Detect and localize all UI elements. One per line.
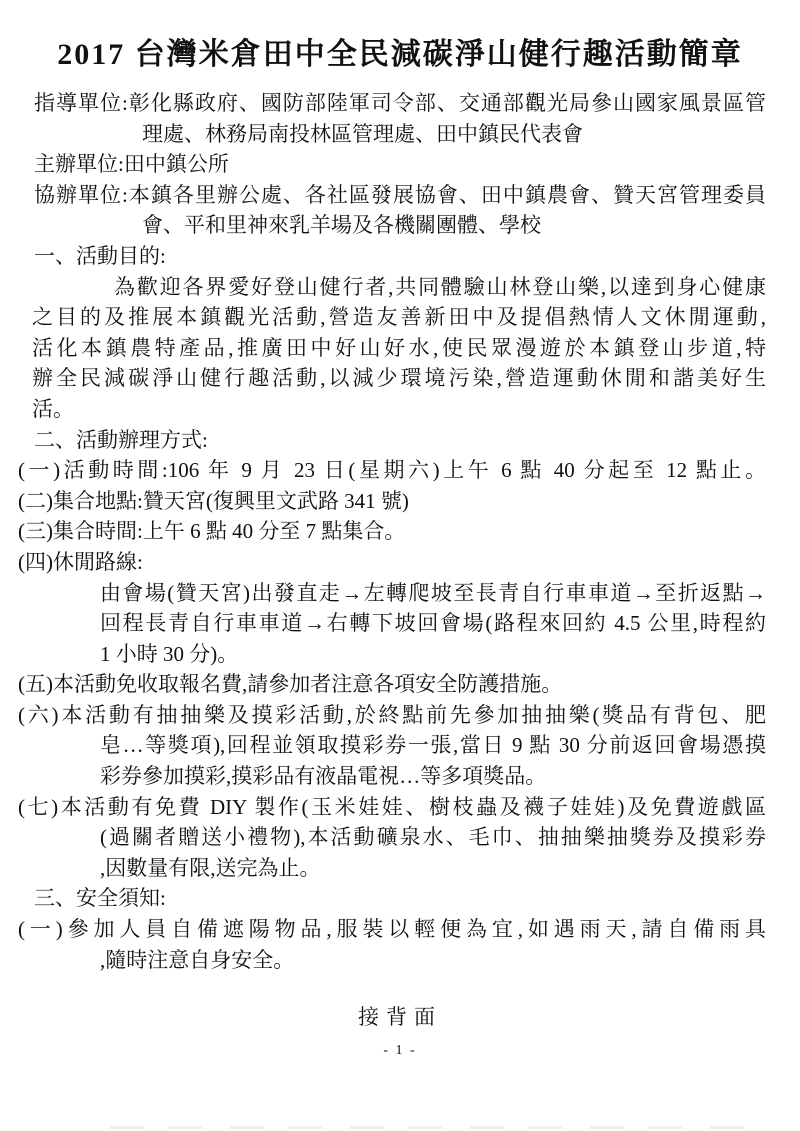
paragraph-line: 活化本鎮農特產品,推廣田中好山好水,使民眾漫遊於本鎮登山步道,特 — [32, 333, 766, 364]
unit-line-advisors: 指導單位:彰化縣政府、國防部陸軍司令部、交通部觀光局參山國家風景區管 — [34, 88, 766, 119]
section-heading-safety: 三、安全須知: — [34, 883, 766, 914]
page-title: 2017 台灣米倉田中全民減碳淨山健行趣活動簡章 — [0, 0, 800, 76]
list-item-place: (二)集合地點:贊天宮(復興里文武路 341 號) — [18, 486, 766, 517]
document-page: 2017 台灣米倉田中全民減碳淨山健行趣活動簡章 指導單位:彰化縣政府、國防部陸… — [0, 0, 800, 1131]
list-item-time: (一)活動時間:106 年 9 月 23 日(星期六)上午 6 點 40 分起至… — [18, 455, 766, 486]
continuation-line: ,因數量有限,送完為止。 — [100, 853, 766, 884]
unit-line-organizer: 主辦單位:田中鎮公所 — [34, 149, 766, 180]
route-line: 1 小時 30 分)。 — [100, 639, 766, 670]
footer-note: 接背面 — [0, 1001, 800, 1031]
continuation-line: (過關者贈送小禮物),本活動礦泉水、毛巾、抽抽樂抽獎券及摸彩券 — [100, 822, 766, 853]
paragraph-line: 之目的及推展本鎮觀光活動,營造友善新田中及提倡熱情人文休閒運動, — [32, 302, 766, 333]
list-item-safety: (一)參加人員自備遮陽物品,服裝以輕便為宜,如遇雨天,請自備雨具 — [18, 914, 766, 945]
unit-line-coorganizers-cont: 會、平和里神來乳羊場及各機關團體、學校 — [142, 210, 766, 241]
list-item-gather-time: (三)集合時間:上午 6 點 40 分至 7 點集合。 — [18, 516, 766, 547]
next-page-edge-artifact — [110, 1126, 755, 1129]
unit-line-coorganizers: 協辦單位:本鎮各里辦公處、各社區發展協會、田中鎮農會、贊天宮管理委員 — [34, 180, 766, 211]
continuation-line: ,隨時注意自身安全。 — [100, 945, 766, 976]
list-item-diy: (七)本活動有免費 DIY 製作(玉米娃娃、樹枝蟲及襪子娃娃)及免費遊戲區 — [18, 792, 766, 823]
list-item-route: (四)休閒路線: — [18, 547, 766, 578]
continuation-line: 彩券參加摸彩,摸彩品有液晶電視…等多項獎品。 — [100, 761, 766, 792]
route-line: 由會場(贊天宮)出發直走→左轉爬坡至長青自行車車道→至折返點→ — [100, 578, 766, 609]
paragraph-line: 活。 — [32, 394, 766, 425]
route-line: 回程長青自行車車道→右轉下坡回會場(路程來回約 4.5 公里,時程約 — [100, 608, 766, 639]
continuation-line: 皂…等獎項),回程並領取摸彩券一張,當日 9 點 30 分前返回會場憑摸 — [100, 730, 766, 761]
section-heading-purpose: 一、活動目的: — [34, 241, 766, 272]
list-item-fee: (五)本活動免收取報名費,請參加者注意各項安全防護措施。 — [18, 669, 766, 700]
paragraph-line: 為歡迎各界愛好登山健行者,共同體驗山林登山樂,以達到身心健康 — [114, 272, 766, 303]
document-body: 指導單位:彰化縣政府、國防部陸軍司令部、交通部觀光局參山國家風景區管 理處、林務… — [0, 88, 800, 975]
section-heading-method: 二、活動辦理方式: — [34, 425, 766, 456]
unit-line-advisors-cont: 理處、林務局南投林區管理處、田中鎮民代表會 — [142, 119, 766, 150]
page-number: - 1 - — [0, 1043, 800, 1059]
list-item-lottery: (六)本活動有抽抽樂及摸彩活動,於終點前先參加抽抽樂(獎品有背包、肥 — [18, 700, 766, 731]
paragraph-line: 辦全民減碳淨山健行趣活動,以減少環境污染,營造運動休閒和諧美好生 — [32, 363, 766, 394]
